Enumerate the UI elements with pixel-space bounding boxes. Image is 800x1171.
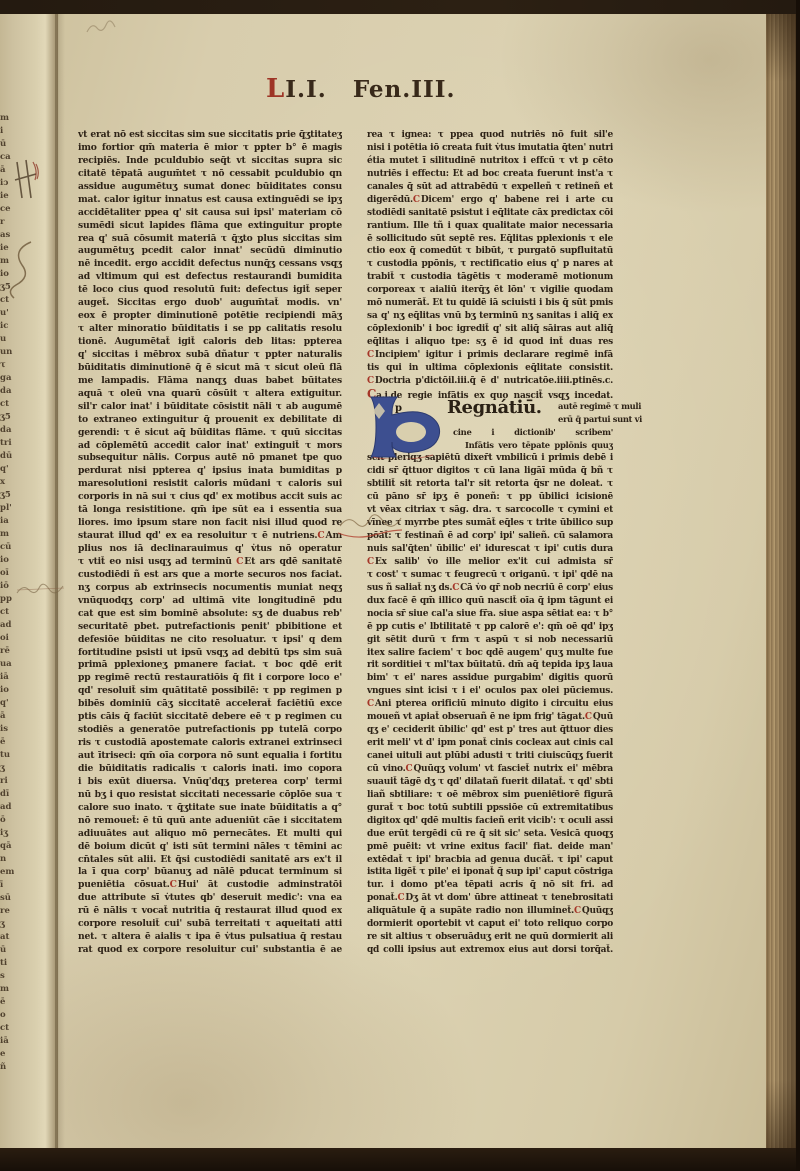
text-line: ā [0,710,14,723]
text-line: moueñ vt apiat̄ obseruañ ē ne ipm frig' … [367,711,613,724]
text-line: dī [0,788,14,801]
text-line: q' [0,463,14,476]
text-line: cōplexionib' i boc igredit̄ q' sit aliq̄… [367,323,613,336]
text-line: autē regimē τ muli [558,400,618,413]
text-line: stodiēdi sanitatē psistut i eq̄litate cā… [367,207,613,220]
text-line: CAni pterea orificiū minuto digito i cir… [367,698,613,711]
text-line: re [0,905,14,918]
text-line: oi [0,632,14,645]
text-line: canales q̄ sūt ad attrabēdū τ expelleñ τ… [367,181,613,194]
text-line: iʒ [0,827,14,840]
rubric-paragraph-mark: C [413,195,421,205]
running-header-book: I.I. [285,76,327,103]
text-line: ctio eox q̄ comedūt τ bibūt, τ purgatō s… [367,245,613,258]
text-line: adiuuātes aut aliquo mō pernecātes. Et m… [78,828,342,841]
text-line: ct [0,398,14,411]
text-line: nocia sr̄ siue cal'a siue fr̄a. siue asp… [367,608,613,621]
rubric-paragraph-mark: C [367,557,375,567]
text-line: ē sollicitudo sūt septē res. Eq̄litas pp… [367,233,613,246]
text-line: ia [0,515,14,528]
text-line: accidētaliter ppea q' sit causa sui ipsi… [78,207,342,220]
text-line: dux facē ē qm̄ illico quū nascit̄ oīa q̄… [367,595,613,608]
photo-frame-top [0,0,800,14]
rubric-paragraph-mark: C [406,764,414,774]
marginal-handwritten-word [14,580,68,602]
rubric-paragraph-mark: C [452,583,460,593]
text-line: ua [0,658,14,671]
text-line: vt erat nō est siccitas sim sue siccitat… [78,129,342,142]
text-line: nē incedit. ergo accidit defectus nunq̄ʒ… [78,258,342,271]
text-line: itex salire faciem' τ boc qdē augem' quʒ… [367,647,613,660]
text-line: ris τ custodiā apostemate caloris extran… [78,737,342,750]
text-line: nuis sal'q̄ten' ūbilic' ei' idurescat τ … [367,543,613,556]
text-line: pp regimē rectū restauratiōis q̄ fit i c… [78,672,342,685]
text-line: ñ [0,1061,14,1074]
text-line: ga [0,372,14,385]
text-line: tionē. Augumētat̄ igit̄ caloris deb lita… [78,336,342,349]
text-line: liores. imo ipsum stare non facit nisi i… [78,517,342,530]
text-line: nisi i potētia iō creata fuit v̇tus imut… [367,142,613,155]
rubric-paragraph-mark: C [367,699,375,709]
text-line: defesiōe būiditas ne cito resoluatur. τ … [78,634,342,647]
text-line: u' [0,307,14,320]
text-line: ti [0,957,14,970]
text-line: digerēdū.CDicem' ergo q' babene rei i ar… [367,194,613,207]
text-line: custodiēdi ñ est ars que a morte securos… [78,569,342,582]
text-line: git sētit durū τ frm τ aspū τ si nob nec… [367,634,613,647]
text-line: assidue augumētuʒ sumat donec būiditates… [78,181,342,194]
initial-wrap-line-2: Infātis vero tēpate pplōnis quuʒ na [465,439,613,452]
text-line: n [0,853,14,866]
text-line: cn̄tales sūt alii. Et q̄si custodiēdi sa… [78,854,342,867]
text-line: ad [0,619,14,632]
text-line: tis qui in ultima cōplexionis eq̄litate … [367,362,613,375]
text-line: m [0,112,14,125]
text-line: ē [0,736,14,749]
text-line: ct [0,606,14,619]
text-line: s [0,970,14,983]
text-line: to extraneo extinguitur q̄ prouenit ex d… [78,414,342,427]
text-line: eq̄litas i aliquo tpe: sʒ ē id quod int̄… [367,336,613,349]
text-line: ct [0,1022,14,1035]
text-line: recipiēs. Inde pculdubio seq̄t vt siccit… [78,155,342,168]
text-line: plius nos iā declinarauimus q' v̇tus nō … [78,543,342,556]
text-line: dormierit oportebit vt caput ei' toto re… [367,918,613,931]
text-line: bibēs dominiū cāʒ siccitatē accelerat̄ f… [78,698,342,711]
marginal-faint-mark [84,14,118,42]
text-line: nutriēs i effectu: Et ad boc creata fuer… [367,168,613,181]
text-line: stodiēs a generatōe putrefactionis pp tu… [78,724,342,737]
text-line: ad vltimum qui est defectus restaurandi … [78,271,342,284]
text-line: tē loco cius quod resolutū fuit: defectu… [78,284,342,297]
text-line: trabit̄ τ custodia tāgētis τ moderamē mo… [367,271,613,284]
text-line: re sit altius τ obseruāduʒ erit ne quū d… [367,931,613,944]
text-line: securitatē pbet. putrefactionis penit' p… [78,621,342,634]
text-line: o [0,1009,14,1022]
text-line: aut ītriseci: qm̄ oīa corpora nō sunt eq… [78,750,342,763]
text-line: qd' resoluit̄ sim quātitatē possibilē: τ… [78,685,342,698]
text-line: r [0,216,14,229]
text-line: ptis cāis q̄ faciūt siccitatē debere eē … [78,711,342,724]
text-line: cat que est sim bominē absolute: sʒ de d… [78,608,342,621]
right-column-top: rea τ ignea: τ ppea quod nutriēs nō fuit… [367,129,613,375]
rubric-paragraph-mark: C [236,556,244,567]
text-line: iā [0,1035,14,1048]
text-line: un [0,346,14,359]
text-line: pmē puēit: vt vrine exitus facil' fiat. … [367,841,613,854]
text-line: rat quod ex corpore resoluitur cui' subs… [78,944,342,957]
text-line: tur. i domo pt'ea tēpati acris q̄ nō sit… [367,879,613,892]
text-line: is [0,723,14,736]
text-line: ē pp cutis e' lbtilitatē τ pp calorē e':… [367,621,613,634]
photo-frame-bottom [0,1148,800,1171]
text-line: cū pāno sr̄ ipʒ ē poneñ: τ pp ūbilici ic… [367,491,613,504]
text-line: perdurat nisi ppterea q' ipsius inata bu… [78,465,342,478]
text-line: rea q' suā cōsumit materiā τ q̄ʒto plus … [78,233,342,246]
text-line: qā [0,840,14,853]
text-line: ic [0,320,14,333]
text-line: CIncipiem' igitur i primis declarare reg… [367,349,613,362]
text-line: aliquātule q̄ a supāte radio non illumin… [367,905,613,918]
text-line: oī [0,567,14,580]
text-line: calore suo inato. τ q̄ʒtitate sue inate … [78,802,342,815]
text-line: subsequitur nālis. Corpus autē nō pmanet… [78,452,342,465]
text-line: augumētuʒ pcedit calor innat' secūdū dim… [78,245,342,258]
marginal-monogram [10,156,40,204]
illuminated-initial-P: p [365,395,443,459]
text-line: erit meli' vt d' ipm ponat̄ cinis coclea… [367,737,613,750]
text-line: ū [0,138,14,151]
text-line: vnūquodqʒ corp' ad ultimā vite longitudi… [78,595,342,608]
text-line: ʒ5 [0,489,14,502]
text-line: ri [0,775,14,788]
text-line: primā pplexioneʒ pmanere faciat. τ boc q… [78,659,342,672]
text-line: ad cōplemētū accedit calor inat' extingu… [78,440,342,453]
text-line: m [0,528,14,541]
text-line: x [0,476,14,489]
text-line: sū [0,892,14,905]
text-line: e [0,1048,14,1061]
text-line: ʒ [0,762,14,775]
marginal-annotation-gutter [336,510,410,544]
text-line: digitox qd' qdē multis facieñ erit vicib… [367,815,613,828]
marginal-flourish [6,238,40,300]
text-line: ū [0,944,14,957]
text-line: sil'r calor inat' i būiditate cōsistit n… [78,401,342,414]
text-line: pl' [0,502,14,515]
text-line: τ [0,359,14,372]
text-line: ʒ5 [0,411,14,424]
text-line: die būiditatis radicalis τ caloris inati… [78,763,342,776]
text-line: em [0,866,14,879]
text-line: sus ñ saliat̄ nʒ ds.CCā v̇o qr̄ nob necr… [367,582,613,595]
text-line: imo fortior qm̄ materia ē mior τ ppter b… [78,142,342,155]
text-line: eox ē propter diminutionē potētie recipi… [78,310,342,323]
text-line: net. τ altera ē aialis τ ipa ē v̇tus pul… [78,931,342,944]
incipit-word: Regnátiū. [447,397,542,418]
text-line: due attribute sī v̇tutes qb' deseruit me… [78,892,342,905]
text-line: tri [0,437,14,450]
text-line: sa q' nʒ eq̄litas vnū bʒ terminū nʒ sani… [367,310,613,323]
text-line: da [0,424,14,437]
text-line: corporis in nā sui τ cius qd' ex motibus… [78,491,342,504]
text-line: q' siccitas i mēbrox subā dñatur τ ppter… [78,349,342,362]
text-line: q' [0,697,14,710]
text-line: nō remouet̄: ē tū quū ante adueniūt cāe … [78,815,342,828]
text-line: tā longa resistitione. qm̄ ipe sūt ea i … [78,504,342,517]
text-line: cidi sr̄ q̄ttuor digitos τ cū lana ligāī… [367,465,613,478]
text-line: ce [0,203,14,216]
text-line: gerendi: τ ē sicut aq̄ būiditas flāme. τ… [78,427,342,440]
text-line: citatē tēpatā augum̄tet τ nō cessabit pc… [78,168,342,181]
text-line: erū q̄ partui sunt vi [558,413,618,426]
text-line: cū vino.CQuūqʒ volum' vt fasciet̄ nutrix… [367,763,613,776]
text-line: ad [0,801,14,814]
rubric-paragraph-mark: C [317,530,325,541]
text-line: m [0,983,14,996]
rubric-paragraph-mark: C [585,712,593,722]
text-line: iā [0,671,14,684]
text-line: qd colli ipsius aut extremox eius aut do… [367,944,613,957]
photo-frame-right [796,0,800,1171]
text-line: u [0,333,14,346]
rubric-heading-doctrina: CDoctria p'dictōil.iii.q̄ ē d' nutricatō… [367,375,613,388]
text-line: qʒ e' ceciderit ūbilic' qd' est p' tres … [367,724,613,737]
text-line: vngues sint icisi τ i ei' oculos pax ole… [367,685,613,698]
text-line: me lampadis. Flāma nanqʒ duas babet būit… [78,375,342,388]
text-line: aquā τ oleū vna quarū cōsūit τ altera ex… [78,388,342,401]
text-line: fortitudine psisti ut ipsū vsqʒ ad debit… [78,647,342,660]
text-line: τ custodia ppōnis, τ rectificatio eius q… [367,258,613,271]
running-header-initial: L [266,74,285,104]
text-line: tu [0,749,14,762]
text-line: mō numerāt̄. Et tu quidē iā sciuisti i b… [367,297,613,310]
text-line: τ alter minoratio būiditatis i se pp cal… [78,323,342,336]
text-column-left: vt erat nō est siccitas sim sue siccitat… [78,129,342,957]
text-line: cū [0,541,14,554]
text-line: τ vtit̄ eo nisi usqʒ ad terminū CEt ars … [78,556,342,569]
text-line: canei uituli aut plūbi adusti τ triti ci… [367,750,613,763]
text-line: i [0,125,14,138]
text-line: la ī qua corp' būanuʒ ad nālē pducat ter… [78,866,342,879]
rubric-paragraph-mark: C [367,350,375,360]
text-line: dē boium dicūt q' isti sūt termini nāles… [78,841,342,854]
text-line: at [0,931,14,944]
text-line: ō [0,814,14,827]
text-line: iō [0,580,14,593]
text-line: ē [0,996,14,1009]
text-line: maresolutioni resistit caloris mūdani τ … [78,478,342,491]
text-line: sumēdi sicut lapides flāma que extinguit… [78,220,342,233]
text-line: due erūt tergēdi cū re q̄ sit sic' seta.… [367,828,613,841]
text-line: i bis exūt diuersa. Vnūq'dqʒ preterea co… [78,776,342,789]
text-line: rū ē nālis τ vocat̄ nutritia q̄ restaura… [78,905,342,918]
chapter-opening-cluster: p Regnátiū. autē regimē τ mulierū q̄ par… [367,401,613,453]
text-line: rē [0,645,14,658]
text-line: da [0,385,14,398]
text-line: dū [0,450,14,463]
rubric-paragraph-mark: C [367,376,375,386]
text-line: corpore resoluit̄ cui' subā terreitati τ… [78,918,342,931]
text-line: rantium. Ille tñ i quax qualitate maior … [367,220,613,233]
initial-wrap-line-1: cine i dictionib' scribem' particularib' [453,426,613,439]
text-line: pueniētia cōsuat.CHui' āt custodie admin… [78,879,342,892]
text-line: io [0,684,14,697]
text-line: nʒ corpus ab extrinsecis nocumentis muni… [78,582,342,595]
text-line: rea τ ignea: τ ppea quod nutriēs nō fuit… [367,129,613,142]
text-line: pp [0,593,14,606]
guide-letter: p [395,403,402,414]
text-line: gurat̄ τ boc totū subtili ppssiōe cū ext… [367,802,613,815]
text-line: istita ligēt̄ τ pile' ei iponat̄ q̄ sup … [367,866,613,879]
text-line: Infātis vero tēpate pplōnis quuʒ na [465,439,613,452]
running-header-fen: Fen.III. [353,76,456,103]
text-line: sbtilit̄ sit retorta tal'r sit retorta q… [367,478,613,491]
text-line: io [0,554,14,567]
text-line: auget̄. Siccitas ergo duob' augum̄tat̄ m… [78,297,342,310]
rubric-paragraph-mark: C [170,879,178,890]
text-line: nū bʒ i quo resistat siccitati necessari… [78,789,342,802]
rubric-paragraph-mark: C [574,906,582,916]
text-line: būiditatis diminutionē q̄ ē sicut mā τ s… [78,362,342,375]
text-line: étia mutet ī silitudinē nutritox i effcū… [367,155,613,168]
rubric-paragraph-mark: C [397,893,405,903]
text-line: corporeax τ aialiū iterq̄ʒ ēt lōn' τ vig… [367,284,613,297]
text-line: mat. calor igitur innatus est causa exti… [78,194,342,207]
text-line: liañ sbtiliare: τ oē mēbrox sim pueniēti… [367,789,613,802]
text-line: ʒ [0,918,14,931]
text-line: ī [0,879,14,892]
text-line: staurat illud qd' ex ea resoluitur τ ē n… [78,530,342,543]
text-line: CEx salib' v̇o ille melior ex'it cui adm… [367,556,613,569]
text-line: bim' τ ei' nares assidue purgabim' digit… [367,672,613,685]
text-line: ponat̄.CDʒ āt vt dom' ūbre attineat τ te… [367,892,613,905]
text-line: rit sorditiei τ ml'tax būitatū. dm̄ aq̄ … [367,659,613,672]
running-header: LI.I.Fen.III. [266,74,456,104]
initial-counter [396,422,426,442]
book-photo: miūcaāiɔiecerasiemioʒ5ctu'icuunτgadactʒ5… [0,0,800,1171]
text-line: cine i dictionib' scribem' particularib' [453,426,613,439]
text-line: suauit̄ tāgē dʒ τ qd' dilatañ fuerit dil… [367,776,613,789]
text-line: τ cost' τ sumac τ feugrecū τ origanū. τ … [367,569,613,582]
text-line: extēdat̄ τ ipi' bracbia ad genua ducāt̄.… [367,854,613,867]
initial-side-lines: autē regimē τ mulierū q̄ partui sunt vi [558,400,618,426]
fore-edge-page-stack [766,14,796,1148]
